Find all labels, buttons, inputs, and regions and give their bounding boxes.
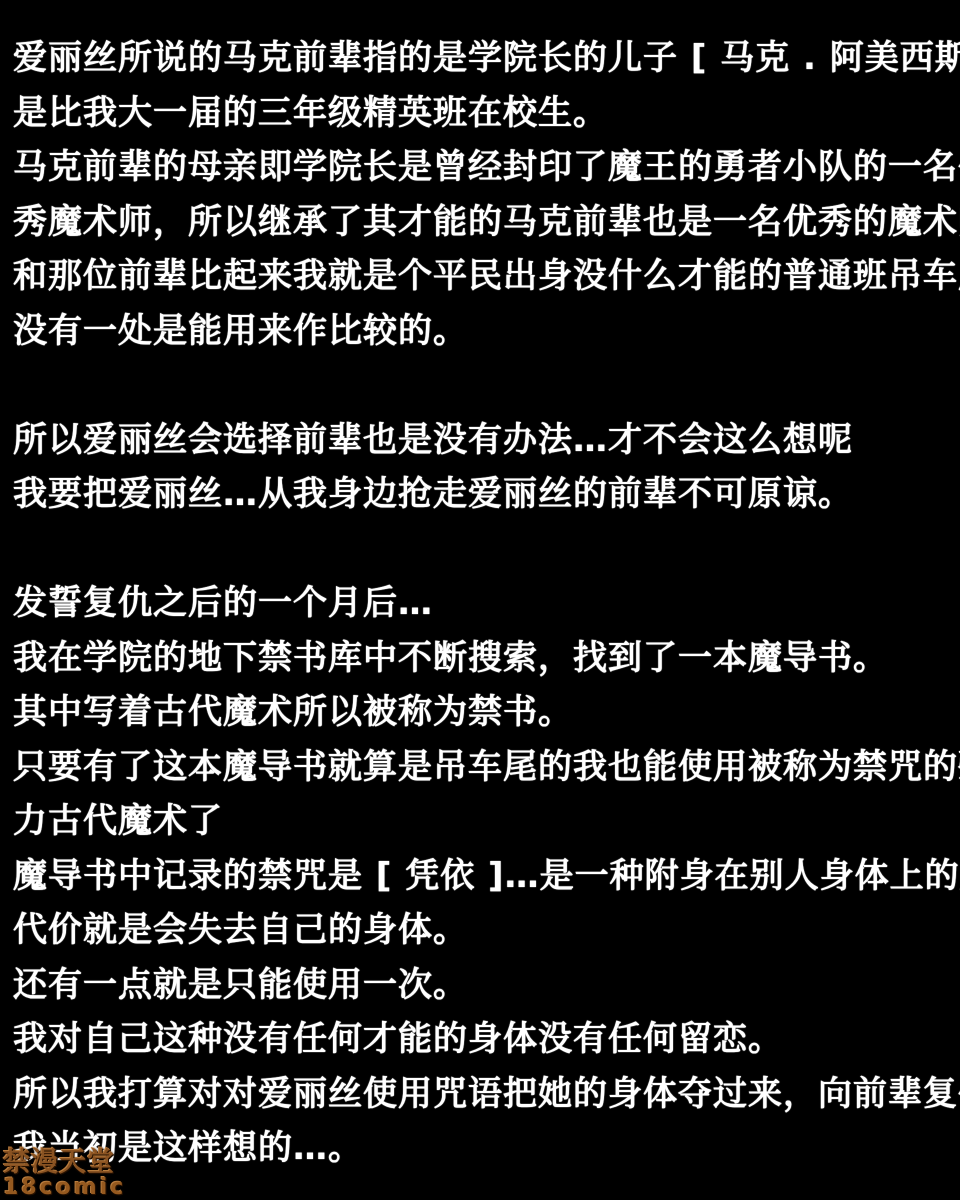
watermark: 禁漫天堂 18comic [3, 1149, 126, 1199]
text-line: 其中写着古代魔术所以被称为禁书。 [0, 685, 960, 740]
text-line: 魔导书中记录的禁咒是 [ 凭依 ]…是一种附身在别人身体上的魔术， [0, 849, 960, 904]
text-line: 还有一点就是只能使用一次。 [0, 958, 960, 1013]
narration-text-block: 爱丽丝所说的马克前辈指的是学院长的儿子 [ 马克 . 阿美西斯特 ]。 是比我大… [0, 31, 960, 1176]
text-line: 是比我大一届的三年级精英班在校生。 [0, 86, 960, 141]
text-line: 马克前辈的母亲即学院长是曾经封印了魔王的勇者小队的一名优 [0, 140, 960, 195]
watermark-site-label: 18comic [3, 1177, 126, 1199]
text-line: 力古代魔术了 [0, 794, 960, 849]
text-line: 所以爱丽丝会选择前辈也是没有办法…才不会这么想呢 [0, 413, 960, 468]
text-line: 我在学院的地下禁书库中不断搜索，找到了一本魔导书。 [0, 631, 960, 686]
blank-line [0, 358, 960, 413]
watermark-site-name: 禁漫天堂 [3, 1149, 126, 1176]
text-line: 秀魔术师，所以继承了其才能的马克前辈也是一名优秀的魔术师。 [0, 195, 960, 250]
text-line: 我对自己这种没有任何才能的身体没有任何留恋。 [0, 1012, 960, 1067]
text-line: 我当初是这样想的…。 [0, 1121, 960, 1176]
text-line: 发誓复仇之后的一个月后… [0, 576, 960, 631]
text-line: 和那位前辈比起来我就是个平民出身没什么才能的普通班吊车尾… [0, 249, 960, 304]
text-line: 所以我打算对对爱丽丝使用咒语把她的身体夺过来，向前辈复仇。 [0, 1067, 960, 1122]
text-line: 我要把爱丽丝…从我身边抢走爱丽丝的前辈不可原谅。 [0, 467, 960, 522]
text-line: 爱丽丝所说的马克前辈指的是学院长的儿子 [ 马克 . 阿美西斯特 ]。 [0, 31, 960, 86]
manga-text-page: 爱丽丝所说的马克前辈指的是学院长的儿子 [ 马克 . 阿美西斯特 ]。 是比我大… [0, 0, 960, 1200]
text-line: 只要有了这本魔导书就算是吊车尾的我也能使用被称为禁咒的强 [0, 740, 960, 795]
blank-line [0, 522, 960, 577]
text-line: 代价就是会失去自己的身体。 [0, 903, 960, 958]
text-line: 没有一处是能用来作比较的。 [0, 304, 960, 359]
